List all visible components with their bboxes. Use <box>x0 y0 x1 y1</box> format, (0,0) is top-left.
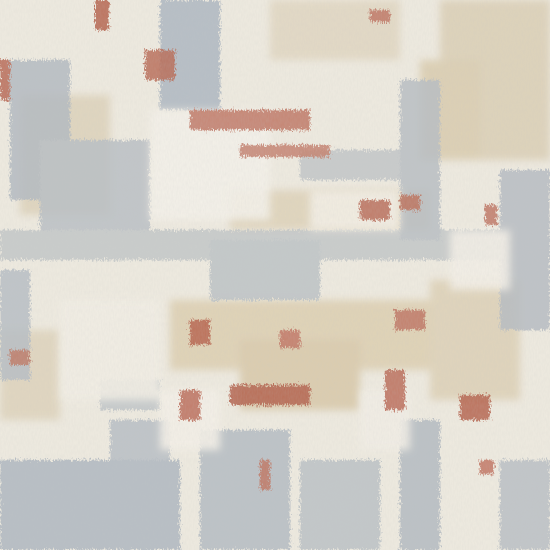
rug-texture-photo <box>0 0 550 550</box>
rug-texture-graphic <box>0 0 550 550</box>
